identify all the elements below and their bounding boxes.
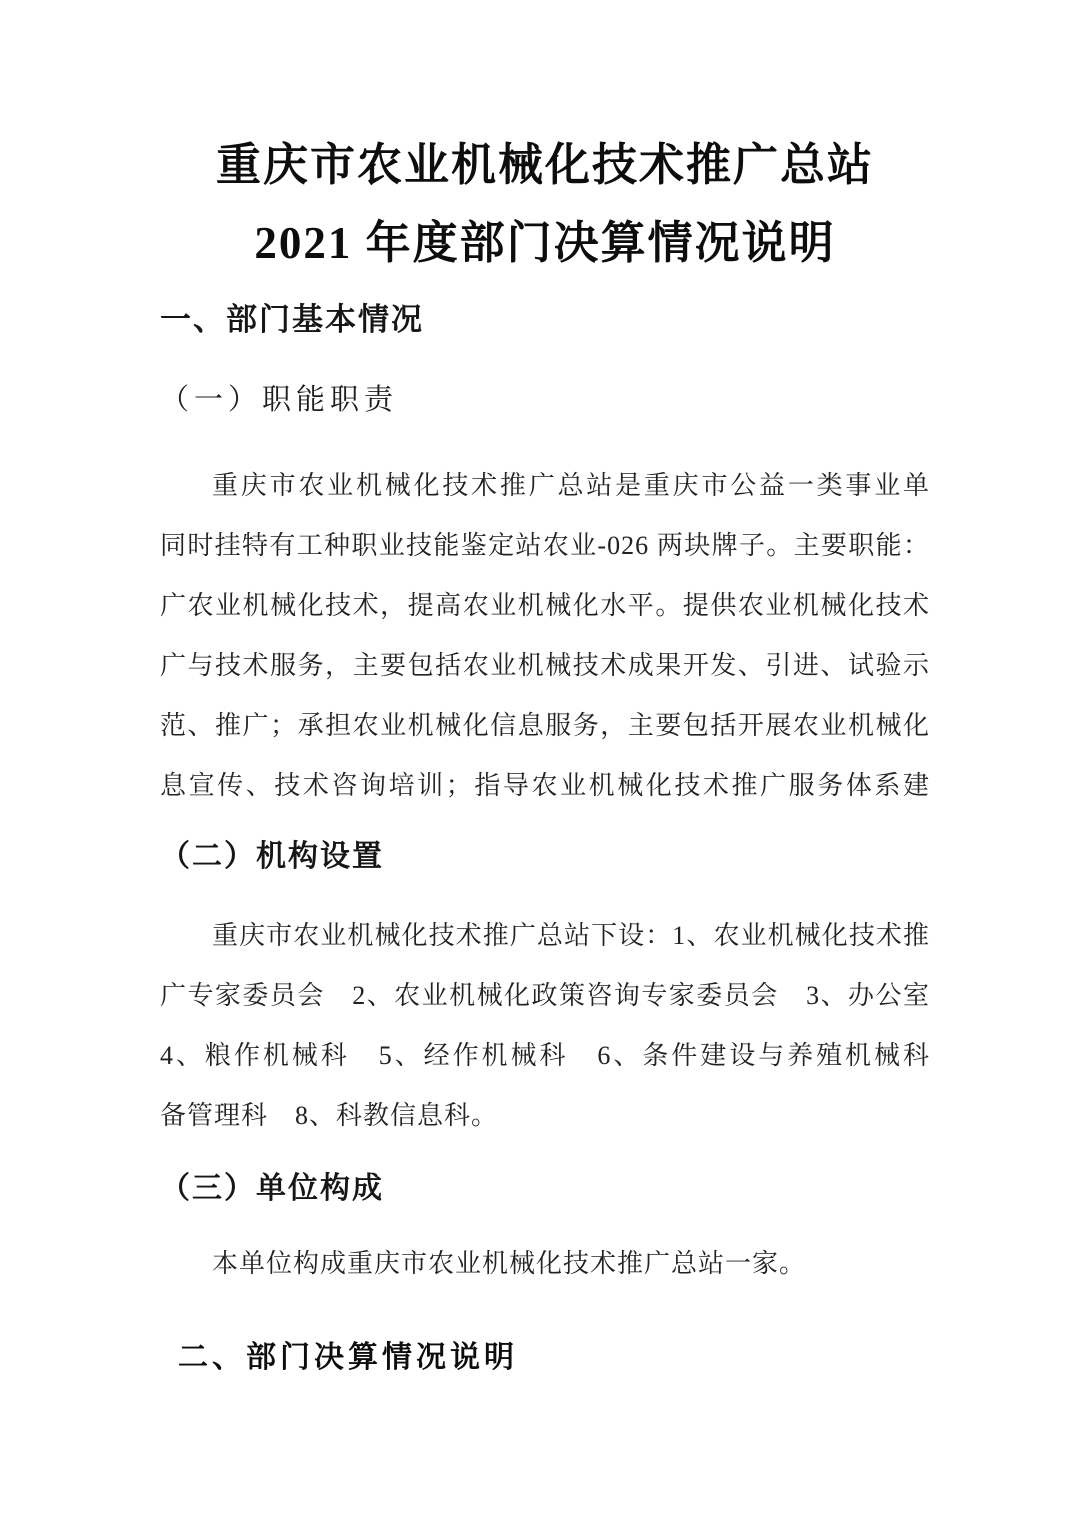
text-line: 同时挂特有工种职业技能鉴定站农业-026 两块牌子。主要职能：推 — [160, 516, 930, 576]
paragraph-structure: 重庆市农业机械化技术推广总站下设：1、农业机械化技术推 广专家委员会 2、农业机… — [160, 906, 930, 1146]
text-line: 范、推广；承担农业机械化信息服务，主要包括开展农业机械化信 — [160, 696, 930, 756]
text-line: 息宣传、技术咨询培训；指导农业机械化技术推广服务体系建设。 — [160, 756, 930, 816]
doc-title-line-1: 重庆市农业机械化技术推广总站 — [160, 126, 930, 204]
subsection-heading-1-3: （三）单位构成 — [160, 1168, 930, 1210]
doc-title: 重庆市农业机械化技术推广总站 2021 年度部门决算情况说明 — [160, 126, 930, 282]
text-line: 备管理科 8、科教信息科。 — [160, 1086, 930, 1146]
section-heading-2: 二、部门决算情况说明 — [178, 1336, 930, 1380]
subsection-heading-1-2: （二）机构设置 — [160, 836, 930, 878]
text-line: 广专家委员会 2、农业机械化政策咨询专家委员会 3、办公室 — [160, 966, 930, 1026]
section-heading-1: 一、部门基本情况 — [160, 298, 930, 342]
text-line: 广农业机械化技术，提高农业机械化水平。提供农业机械化技术推 — [160, 576, 930, 636]
document-page: 重庆市农业机械化技术推广总站 2021 年度部门决算情况说明 一、部门基本情况 … — [0, 0, 1075, 1521]
paragraph-functions: 重庆市农业机械化技术推广总站是重庆市公益一类事业单位， 同时挂特有工种职业技能鉴… — [160, 456, 930, 816]
doc-title-line-2: 2021 年度部门决算情况说明 — [160, 204, 930, 282]
text-line: 重庆市农业机械化技术推广总站下设：1、农业机械化技术推 — [160, 906, 930, 966]
paragraph-composition: 本单位构成重庆市农业机械化技术推广总站一家。 — [160, 1234, 930, 1294]
text-line: 广与技术服务，主要包括农业机械技术成果开发、引进、试验示 — [160, 636, 930, 696]
text-line: 4、粮作机械科 5、经作机械科 6、条件建设与养殖机械科 7、装 — [160, 1026, 930, 1086]
text-line: 重庆市农业机械化技术推广总站是重庆市公益一类事业单位， — [160, 456, 930, 516]
text-line: 本单位构成重庆市农业机械化技术推广总站一家。 — [160, 1234, 930, 1294]
subsection-heading-1-1: （一）职能职责 — [160, 380, 930, 420]
